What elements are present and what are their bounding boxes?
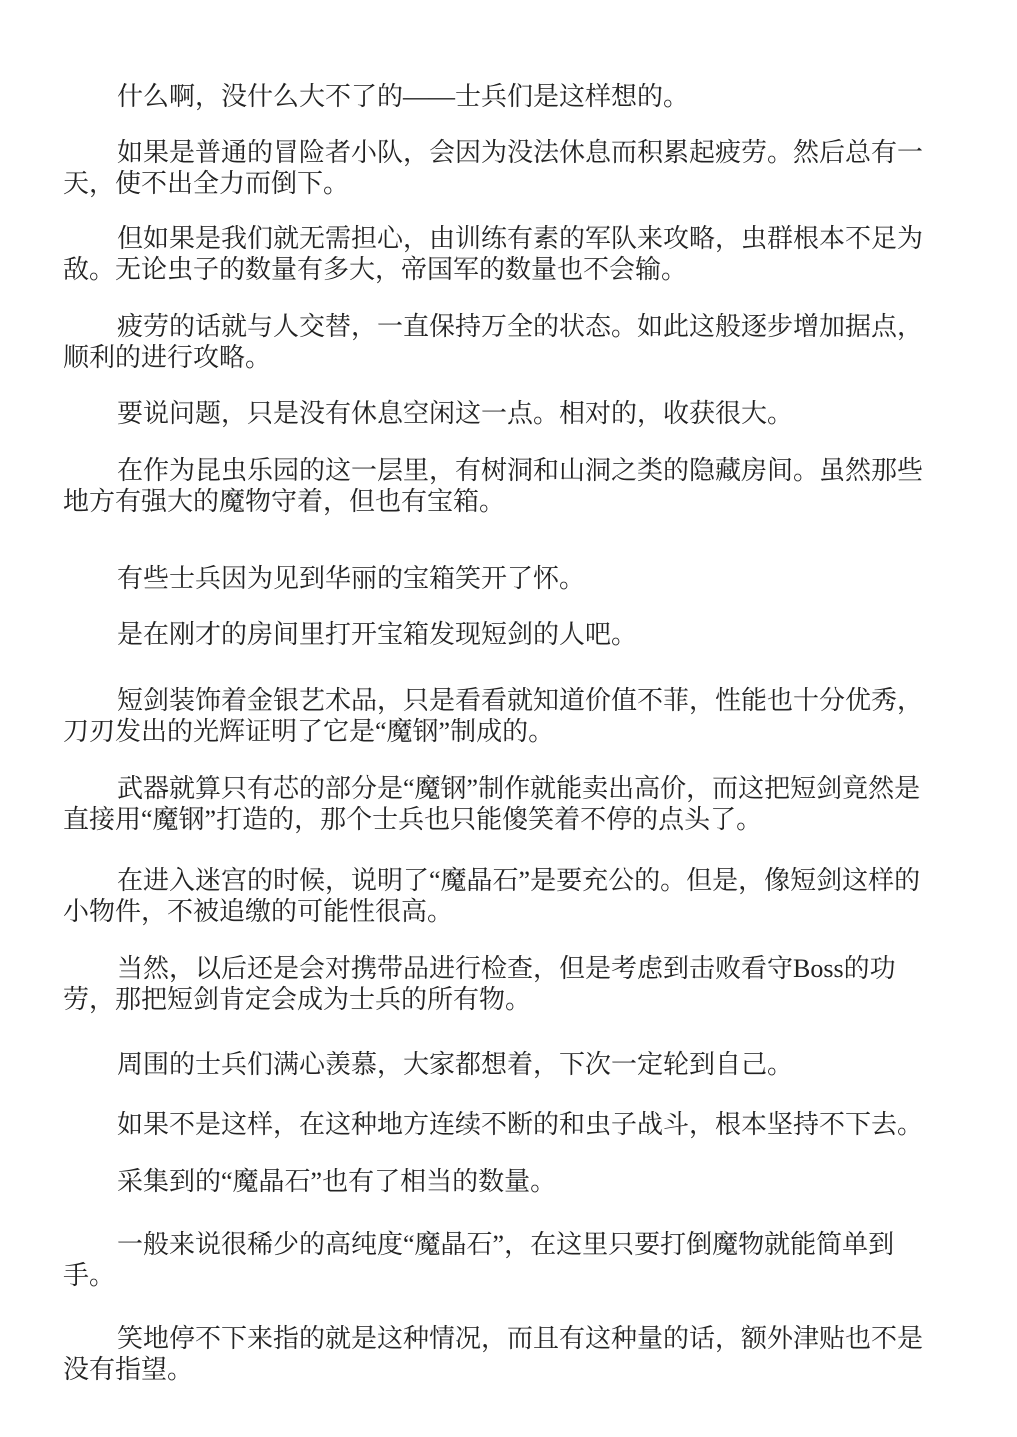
paragraph: 笑地停不下来指的就是这种情况，而且有这种量的话，额外津贴也不是没有指望。 <box>63 1323 935 1385</box>
paragraph: 如果不是这样，在这种地方连续不断的和虫子战斗，根本坚持不下去。 <box>63 1109 935 1140</box>
paragraph: 是在刚才的房间里打开宝箱发现短剑的人吧。 <box>63 619 935 650</box>
paragraph: 疲劳的话就与人交替，一直保持万全的状态。如此这般逐步增加据点，顺利的进行攻略。 <box>63 311 935 373</box>
paragraph: 但如果是我们就无需担心，由训练有素的军队来攻略，虫群根本不足为敌。无论虫子的数量… <box>63 223 935 285</box>
paragraph: 有些士兵因为见到华丽的宝箱笑开了怀。 <box>63 563 935 594</box>
text-column: 什么啊，没什么大不了的——士兵们是这样想的。 如果是普通的冒险者小队，会因为没法… <box>63 81 935 1385</box>
paragraph: 要说问题，只是没有休息空闲这一点。相对的，收获很大。 <box>63 398 935 429</box>
paragraph: 如果是普通的冒险者小队，会因为没法休息而积累起疲劳。然后总有一天，使不出全力而倒… <box>63 137 935 199</box>
paragraph: 在进入迷宫的时候，说明了“魔晶石”是要充公的。但是，像短剑这样的小物件，不被追缴… <box>63 865 935 927</box>
paragraph: 在作为昆虫乐园的这一层里，有树洞和山洞之类的隐藏房间。虽然那些地方有强大的魔物守… <box>63 455 935 517</box>
paragraph: 当然，以后还是会对携带品进行检查，但是考虑到击败看守Boss的功劳，那把短剑肯定… <box>63 953 935 1015</box>
paragraph: 采集到的“魔晶石”也有了相当的数量。 <box>63 1166 935 1197</box>
paragraph: 周围的士兵们满心羡慕，大家都想着，下次一定轮到自己。 <box>63 1049 935 1080</box>
paragraph: 武器就算只有芯的部分是“魔钢”制作就能卖出高价，而这把短剑竟然是直接用“魔钢”打… <box>63 773 935 835</box>
paragraph: 一般来说很稀少的高纯度“魔晶石”，在这里只要打倒魔物就能简单到手。 <box>63 1229 935 1291</box>
paragraph: 什么啊，没什么大不了的——士兵们是这样想的。 <box>63 81 935 112</box>
paragraph: 短剑装饰着金银艺术品，只是看看就知道价值不菲，性能也十分优秀，刀刃发出的光辉证明… <box>63 685 935 747</box>
document-page: 什么啊，没什么大不了的——士兵们是这样想的。 如果是普通的冒险者小队，会因为没法… <box>0 0 1017 1437</box>
